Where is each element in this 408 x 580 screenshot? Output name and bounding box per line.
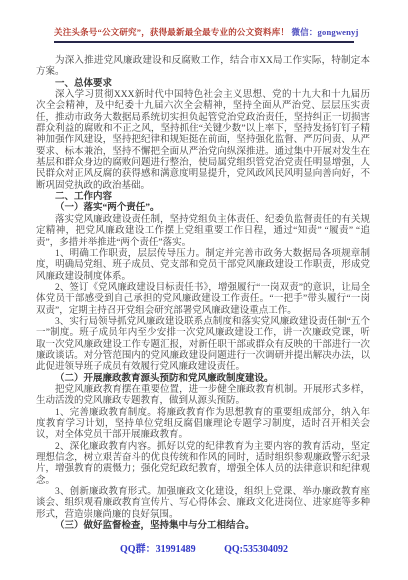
- heading-two-responsibilities: （一）落实“两个责任”。: [36, 203, 370, 214]
- document-body: 为深入推进党风廉政建设和反腐败工作，结合市XX局工作实际，特制定本方案。 一、总…: [36, 56, 370, 532]
- education-item-2: 2、深化廉政教育内容。抓好以党的纪律教育为主要内容的教育活动，坚定理想信念，树立…: [36, 442, 370, 487]
- heading-overall-requirements: 一、总体要求: [36, 79, 370, 90]
- education-item-3: 3、创新廉政教育形式。加强廉政文化建设，组织上党课、举办廉政教育座谈会、组织观看…: [36, 487, 370, 521]
- intro-paragraph: 为深入推进党风廉政建设和反腐败工作，结合市XX局工作实际，特制定本方案。: [36, 56, 370, 79]
- education-item-1: 1、完善廉政教育制度。将廉政教育作为思想教育的重要组成部分，纳入年度教育学习计划…: [36, 408, 370, 442]
- two-responsibilities-paragraph: 落实党风廉政建设责任制，坚持党组负主体责任、纪委负监督责任的有关规定精神，把党风…: [36, 215, 370, 249]
- qq-group-number: QQ群：31991489: [120, 544, 196, 555]
- qq-number: QQ:535304092: [224, 544, 288, 555]
- promo-header-wechat-text: 微信：gongwenyj: [291, 27, 358, 37]
- responsibility-item-2: 2、签订《党风廉政建设目标责任书》，增强履行“一岗双责”的意识，让局全体党员干部…: [36, 283, 370, 317]
- qq-footer: QQ群：31991489 QQ:535304092: [0, 540, 408, 555]
- promo-header: 关注头条号“公文研究”，获得最新最全最专业的公文资料库！ 微信：gongweny…: [54, 26, 354, 43]
- promo-header-red-text: 关注头条号“公文研究”，获得最新最全最专业的公文资料库！: [54, 27, 289, 37]
- education-intro-paragraph: 把党风廉政教育摆在重要位置，进一步健全廉政教育机制。开展形式多样，生动活泼的党风…: [36, 385, 370, 408]
- heading-work-content: 二、工作内容: [36, 192, 370, 203]
- responsibility-item-1: 1、明确工作职责，层层传导压力。制定并完善市政务大数据局各项规章制度，明确局党组…: [36, 249, 370, 283]
- document-page: 关注头条号“公文研究”，获得最新最全最专业的公文资料库！ 微信：gongweny…: [0, 0, 408, 580]
- heading-education-prevention: （二）开展廉政教育源头预防和党风廉政制度建设。: [36, 374, 370, 385]
- responsibility-item-3: 3、实行局领导抓党风廉政建设联系点制度和落实党风廉政建设责任制“五个一”制度。班…: [36, 317, 370, 374]
- heading-supervision-inspection: （三）做好监督检查，坚持集中与分工相结合。: [36, 521, 370, 532]
- overall-requirements-paragraph: 深入学习贯彻XXX新时代中国特色社会主义思想、党的十九大和十九届历次全会精神，及…: [36, 90, 370, 192]
